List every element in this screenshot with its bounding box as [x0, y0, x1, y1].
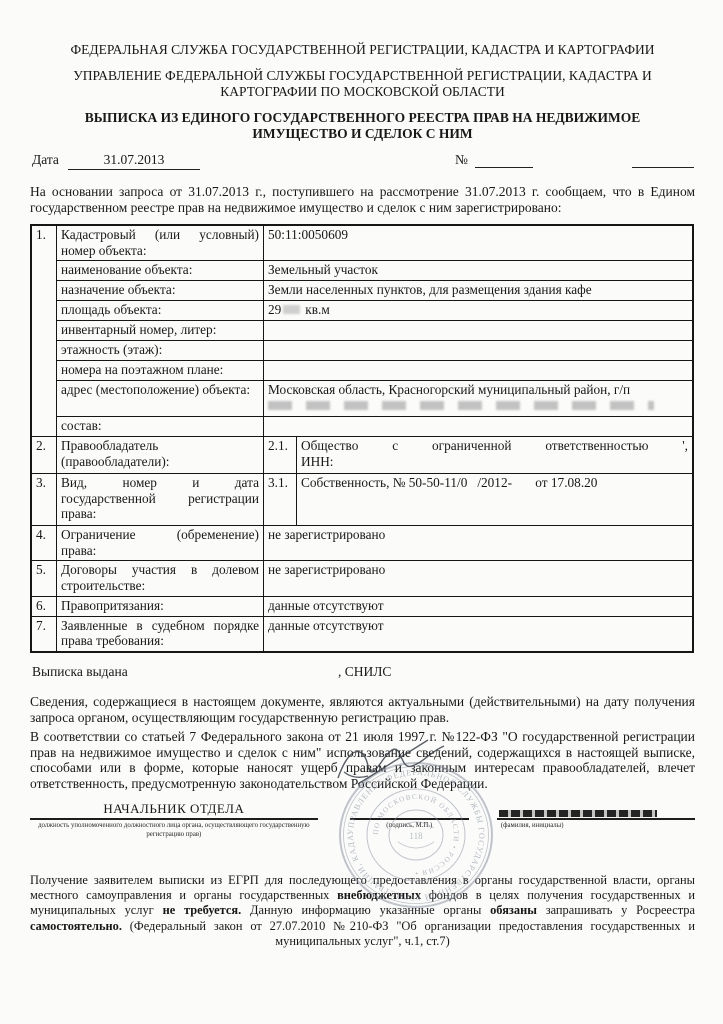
object-name-value: Земельный участок [264, 261, 694, 281]
footer-bold: самостоятельно. [30, 919, 122, 933]
floors-label: этажность (этаж): [57, 341, 264, 361]
name-column: (фамилия, инициалы) [497, 801, 695, 839]
name-line [497, 818, 695, 820]
issued-line: Выписка выдана , СНИЛС [30, 664, 695, 684]
area-unit: кв.м [305, 302, 329, 317]
table-row: 2. Правообладатель (правообладатели): 2.… [31, 437, 693, 474]
table-row: 1. Кадастровый (или условный) номер объе… [31, 225, 693, 261]
validity-paragraph: Сведения, содержащиеся в настоящем докум… [30, 694, 695, 726]
number-blank-line [475, 167, 533, 168]
name-caption: (фамилия, инициалы) [497, 821, 695, 830]
section4-number: 4. [31, 526, 57, 561]
number-label: № [455, 152, 468, 168]
floors-value [264, 341, 694, 361]
registration-value: Собственность, № 50-50-11/0 /2012- от 17… [297, 474, 694, 526]
table-row: назначение объекта: Земли населенных пун… [31, 281, 693, 301]
composition-label: состав: [57, 417, 264, 437]
encumbrance-value: не зарегистрировано [264, 526, 694, 561]
date-value: 31.07.2013 [68, 152, 200, 170]
object-name-label: наименование объекта: [57, 261, 264, 281]
table-row: номера на поэтажном плане: [31, 361, 693, 381]
shared-construction-label: Договоры участия в долевом строительстве… [57, 561, 264, 596]
court-claims-label: Заявленные в судебном порядке права треб… [57, 616, 264, 652]
issued-label: Выписка выдана [32, 664, 128, 680]
object-purpose-label: назначение объекта: [57, 281, 264, 301]
document-page: ФЕДЕРАЛЬНАЯ СЛУЖБА ГОСУДАРСТВЕННОЙ РЕГИС… [0, 0, 723, 1024]
footer-text: запрашивать у Росреестра [537, 903, 695, 917]
rightsholder-label: Правообладатель (правообладатели): [57, 437, 264, 474]
date-number-row: Дата 31.07.2013 № [30, 152, 695, 174]
section7-number: 7. [31, 616, 57, 652]
redacted-name [499, 810, 657, 817]
rightsholder-company: Общество с ограниченной ответственностью… [301, 438, 688, 454]
cadastral-number-label: Кадастровый (или условный) номер объекта… [57, 225, 264, 261]
document-header: ФЕДЕРАЛЬНАЯ СЛУЖБА ГОСУДАРСТВЕННОЙ РЕГИС… [45, 42, 681, 142]
footer-text: (Федеральный закон от 27.07.2010 №210-ФЗ… [122, 919, 695, 948]
table-row: состав: [31, 417, 693, 437]
position-line [30, 818, 318, 820]
object-area-value: 29кв.м [264, 301, 694, 321]
object-area-label: площадь объекта: [57, 301, 264, 321]
registry-table: 1. Кадастровый (или условный) номер объе… [30, 224, 694, 653]
section2-number: 2. [31, 437, 57, 474]
shared-construction-value: не зарегистрировано [264, 561, 694, 596]
table-row: инвентарный номер, литер: [31, 321, 693, 341]
court-claims-value: данные отсутствуют [264, 616, 694, 652]
composition-value [264, 417, 694, 437]
intro-paragraph: На основании запроса от 31.07.2013 г., п… [30, 184, 695, 216]
snils-label: , СНИЛС [338, 664, 391, 680]
agency-name: ФЕДЕРАЛЬНАЯ СЛУЖБА ГОСУДАРСТВЕННОЙ РЕГИС… [45, 42, 681, 58]
table-row: 6. Правопритязания: данные отсутствуют [31, 596, 693, 616]
signature-scribble [330, 736, 462, 792]
date-label: Дата [32, 152, 59, 168]
extra-blank-line [632, 167, 694, 168]
signer-position: НАЧАЛЬНИК ОТДЕЛА [30, 801, 318, 817]
rightsholder-subnumber: 2.1. [264, 437, 297, 474]
address-line1: Московская область, Красногорский муници… [268, 382, 688, 398]
section5-number: 5. [31, 561, 57, 596]
department-name: УПРАВЛЕНИЕ ФЕДЕРАЛЬНОЙ СЛУЖБЫ ГОСУДАРСТВ… [45, 68, 681, 100]
area-number: 29 [268, 302, 281, 317]
registration-subnumber: 3.1. [264, 474, 297, 526]
plan-numbers-label: номера на поэтажном плане: [57, 361, 264, 381]
table-row: этажность (этаж): [31, 341, 693, 361]
claims-label: Правопритязания: [57, 596, 264, 616]
rightsholder-value: Общество с ограниченной ответственностью… [297, 437, 694, 474]
table-row: наименование объекта: Земельный участок [31, 261, 693, 281]
encumbrance-label: Ограничение (обременение) права: [57, 526, 264, 561]
table-row: 5. Договоры участия в долевом строительс… [31, 561, 693, 596]
stamp-center-number: 118 [409, 831, 423, 841]
section6-number: 6. [31, 596, 57, 616]
cadastral-number-value: 50:11:0050609 [264, 225, 694, 261]
rightsholder-inn: ИНН: [301, 454, 688, 470]
registration-label: Вид, номер и дата государственной регист… [57, 474, 264, 526]
document-title: ВЫПИСКА ИЗ ЕДИНОГО ГОСУДАРСТВЕННОГО РЕЕС… [45, 110, 681, 142]
footer-bold: не требуется. [163, 903, 242, 917]
address-label: адрес (местоположение) объекта: [57, 381, 264, 417]
object-purpose-value: Земли населенных пунктов, для размещения… [264, 281, 694, 301]
section1-number: 1. [31, 225, 57, 437]
redacted-address-line [268, 401, 654, 410]
section3-number: 3. [31, 474, 57, 526]
inventory-number-label: инвентарный номер, литер: [57, 321, 264, 341]
table-row: площадь объекта: 29кв.м [31, 301, 693, 321]
redacted-digits [283, 305, 300, 314]
table-row: 7. Заявленные в судебном порядке права т… [31, 616, 693, 652]
address-value: Московская область, Красногорский муници… [264, 381, 694, 417]
plan-numbers-value [264, 361, 694, 381]
claims-value: данные отсутствуют [264, 596, 694, 616]
table-row: 3. Вид, номер и дата государственной рег… [31, 474, 693, 526]
table-row: 4. Ограничение (обременение) права: не з… [31, 526, 693, 561]
position-caption: должность уполномоченного должностного л… [30, 821, 318, 839]
position-column: НАЧАЛЬНИК ОТДЕЛА должность уполномоченно… [30, 801, 318, 839]
table-row: адрес (местоположение) объекта: Московск… [31, 381, 693, 417]
inventory-number-value [264, 321, 694, 341]
